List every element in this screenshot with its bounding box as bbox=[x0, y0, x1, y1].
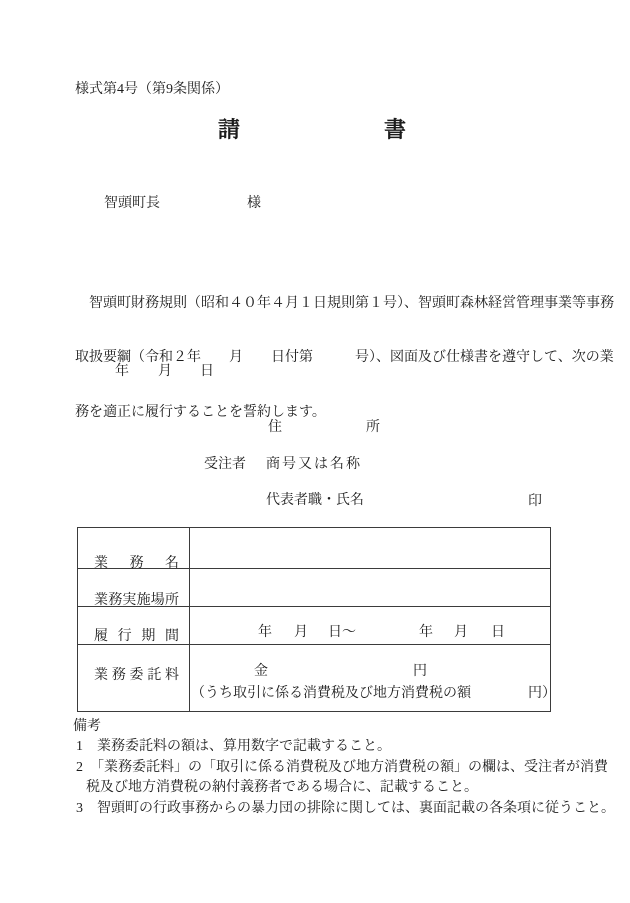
title-char-1: 請 bbox=[218, 117, 240, 142]
date-year-label: 年 bbox=[115, 364, 129, 380]
remarks-heading: 備考 bbox=[73, 717, 615, 737]
remark-item-2-line-2: 税及び地方消費税の納付義務者である場合に、記載すること。 bbox=[73, 778, 615, 798]
remark-item-1: 1 業務委託料の額は、算用数字で記載すること。 bbox=[73, 737, 615, 757]
period-start-day-label: 日～ bbox=[328, 625, 356, 641]
remark-item-3: 3 智頭町の行政事務からの暴力団の排除に関しては、裏面記載の各条項に従うこと。 bbox=[73, 799, 615, 819]
pledge-line-2: 取扱要綱（令和２年 月 日付第 号）、図面及び仕様書を遵守して、次の業 bbox=[75, 347, 614, 369]
period-end-month-label: 月 bbox=[454, 625, 468, 641]
address-label: 住所 bbox=[268, 420, 380, 436]
fee-currency-suffix: 円 bbox=[413, 664, 427, 680]
fee-currency-prefix: 金 bbox=[254, 664, 268, 680]
form-number: 様式第4号（第9条関係） bbox=[75, 82, 229, 98]
period-end-day-label: 日 bbox=[491, 625, 505, 641]
period-end-year-label: 年 bbox=[419, 625, 433, 641]
fee-tax-note: （うち取引に係る消費税及び地方消費税の額 bbox=[191, 686, 471, 702]
table-column-divider bbox=[189, 528, 190, 711]
row-label-location: 業務実施場所 bbox=[94, 589, 179, 609]
date-day-label: 日 bbox=[200, 364, 214, 380]
representative-label: 代表者職・氏名 bbox=[266, 493, 364, 509]
row-label-fee: 業務委託料 bbox=[94, 664, 179, 684]
contractor-label: 受注者 bbox=[204, 457, 246, 473]
period-start-year-label: 年 bbox=[258, 625, 272, 641]
period-start-month-label: 月 bbox=[294, 625, 308, 641]
pledge-line-1: 智頭町財務規則（昭和４０年４月１日規則第１号）、智頭町森林経営管理事業等事務 bbox=[75, 293, 614, 315]
trade-name-label: 商号又は名称 bbox=[266, 457, 360, 473]
date-month-label: 月 bbox=[158, 364, 172, 380]
title-char-2: 書 bbox=[384, 117, 406, 142]
remarks-section: 備考 1 業務委託料の額は、算用数字で記載すること。 2 「業務委託料」の「取引… bbox=[73, 717, 615, 819]
row-label-period: 履行期間 bbox=[94, 625, 179, 645]
row-label-business-name: 業務名 bbox=[94, 552, 179, 572]
ukesho-form-document: 様式第4号（第9条関係） 請 書 智頭町長 様 智頭町財務規則（昭和４０年４月１… bbox=[0, 0, 630, 903]
seal-label: 印 bbox=[528, 494, 542, 510]
business-details-table: 業務名 業務実施場所 履行期間 業務委託料 年 月 日～ 年 月 日 金 円 （… bbox=[77, 527, 551, 712]
fee-tax-suffix: 円） bbox=[528, 686, 556, 702]
remark-item-2-line-1: 2 「業務委託料」の「取引に係る消費税及び地方消費税の額」の欄は、受注者が消費 bbox=[73, 758, 615, 778]
addressee-name: 智頭町長 bbox=[104, 196, 160, 212]
addressee-honorific: 様 bbox=[247, 196, 261, 212]
